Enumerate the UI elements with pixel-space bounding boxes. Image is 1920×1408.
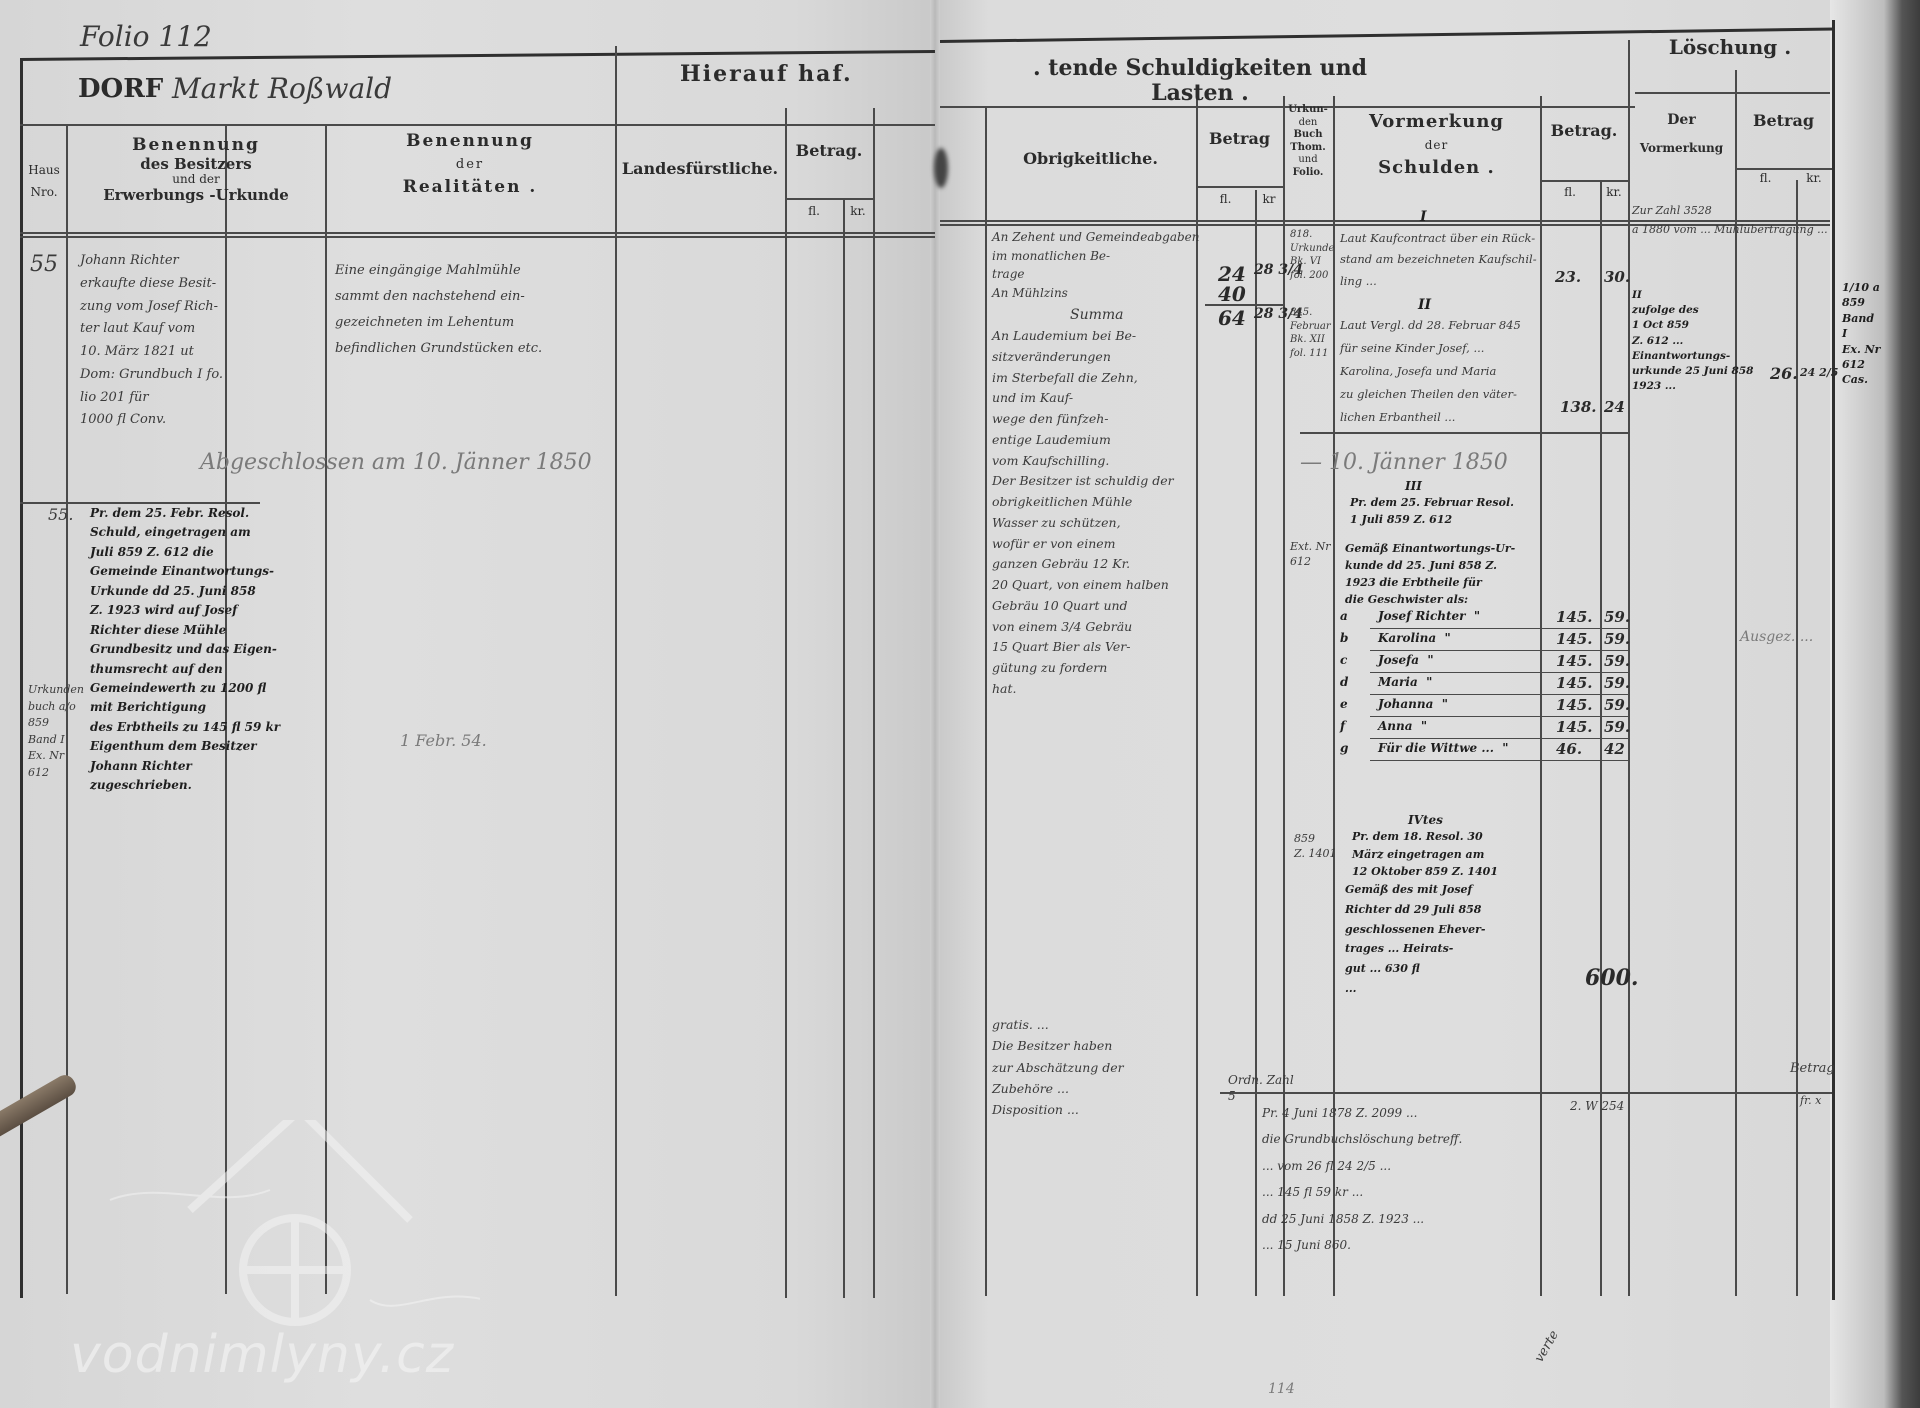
heir-amount-fl: 145. <box>1556 630 1593 648</box>
heir-amount-fl: 145. <box>1556 718 1593 736</box>
vormerkung-iv-amount: 600. <box>1585 965 1639 991</box>
col-betrag-left: Betrag. <box>785 142 873 160</box>
vormerkung-iv-num: IVtes <box>1408 812 1443 828</box>
heir-letter: e <box>1340 696 1348 712</box>
col-vormerkung: Vormerkung der Schulden . <box>1333 112 1540 179</box>
col-fl2: fl. <box>1540 186 1600 200</box>
vormerkung-iii-num: III <box>1405 478 1422 494</box>
col-landesfuerstliche: Landesfürstliche. <box>615 160 785 178</box>
heir-amount-kr: 59. <box>1604 718 1630 736</box>
loeschung-pencil: Ausgez. ... <box>1740 628 1813 647</box>
underline <box>1370 760 1630 761</box>
heir-name: Josefa " <box>1378 652 1434 668</box>
heir-name: Karolina " <box>1378 630 1451 646</box>
heir-letter: a <box>1340 608 1348 624</box>
obrigkeitliche-1: An Zehent und Gemeindeabgaben im monatli… <box>992 228 1200 302</box>
ink-blot <box>934 148 948 188</box>
entry2-margin-note: Urkunden buch a/o 859 Band I Ex. Nr 612 <box>28 682 84 781</box>
entry1-realitaet: Eine eingängige Mahlmühle sammt den nach… <box>335 258 542 362</box>
vormerkung-iv: Gemäß des mit Josef Richter dd 29 Juli 8… <box>1345 880 1485 999</box>
heir-amount-fl: 145. <box>1556 674 1593 692</box>
heir-name: Für die Wittwe ... " <box>1378 740 1509 756</box>
vormerkung-ii-num: II <box>1418 296 1431 315</box>
col-betrag3: Betrag <box>1735 112 1832 130</box>
col-kr3: kr. <box>1796 172 1832 186</box>
vormerkung-iv-header: Pr. dem 18. Resol. 30 März eingetragen a… <box>1352 828 1498 881</box>
title-left: Hierauf haf. <box>680 62 853 87</box>
entry1-closing-note: Abgeschlossen am 10. Jänner 1850 <box>200 448 592 478</box>
col-fl-left: fl. <box>785 205 843 219</box>
col-urkunden: Urkun- den Buch Thom. und Folio. <box>1283 104 1333 179</box>
loeschung-margin: 1/10 a 859 Band I Ex. Nr 612 Cas. <box>1842 280 1880 388</box>
title-right: . tende Schuldigkeiten und Lasten . <box>990 56 1410 107</box>
heir-name: Josef Richter " <box>1378 608 1480 624</box>
heir-name: Anna " <box>1378 718 1427 734</box>
obrigkeitliche-summa: Summa <box>1070 306 1124 325</box>
book-gutter <box>930 0 940 1408</box>
heir-letter: g <box>1340 740 1348 756</box>
heir-amount-kr: 59. <box>1604 696 1630 714</box>
heir-amount-kr: 59. <box>1604 652 1630 670</box>
loeschung-2: II zufolge des 1 Oct 859 Z. 612 ... Eina… <box>1632 288 1753 395</box>
betrag-row-3-fl: 64 <box>1218 306 1246 330</box>
heir-letter: f <box>1340 718 1345 734</box>
entry1-haus-nro: 55 <box>30 250 58 280</box>
entry2-pencil-note: 1 Febr. 54. <box>400 730 487 752</box>
heir-amount-fl: 46. <box>1556 740 1582 758</box>
underline <box>1370 716 1630 717</box>
col-kr2: kr. <box>1600 186 1628 200</box>
heir-letter: b <box>1340 630 1348 646</box>
vormerkung-i: Laut Kaufcontract über ein Rück- stand a… <box>1340 228 1537 292</box>
page-number: 114 <box>1268 1380 1295 1399</box>
heir-letter: d <box>1340 674 1348 690</box>
bottom-note-ref: 2. W 254 <box>1570 1098 1624 1114</box>
underline <box>1370 650 1630 651</box>
underline <box>1370 738 1630 739</box>
urkunden-1: 818. Urkunde Bk. VI fol. 200 <box>1290 228 1334 282</box>
col-betrag-right: Betrag <box>1196 130 1283 148</box>
urkunden-3: Ext. Nr 612 <box>1290 540 1331 570</box>
col-kr-right: kr <box>1255 193 1283 207</box>
heir-name: Maria " <box>1378 674 1432 690</box>
book-edge <box>1830 0 1920 1408</box>
vormerkung-ii-kr: 30. <box>1604 268 1630 286</box>
betrag-row-2-fl: 40 <box>1218 282 1246 306</box>
heir-amount-fl: 145. <box>1556 652 1593 670</box>
bottom-note: Pr. 4 Juni 1878 Z. 2099 ... die Grundbuc… <box>1262 1100 1462 1258</box>
col-obrigkeitliche: Obrigkeitliche. <box>985 150 1196 168</box>
heir-amount-kr: 59. <box>1604 608 1630 626</box>
loeschung-title: Löschung . <box>1628 36 1832 59</box>
underline <box>1370 694 1630 695</box>
vormerkung-ii-fl: 23. <box>1555 268 1581 286</box>
col-realitaeten: Benennung der Realitäten . <box>325 132 615 198</box>
entry2-besitzer: Pr. dem 25. Febr. Resol. Schuld, eingetr… <box>90 504 280 796</box>
heir-name: Johanna " <box>1378 696 1448 712</box>
vormerkung-ii-total-fl: 138. <box>1560 398 1597 416</box>
loeschung-1: Zur Zahl 3528 a 1880 vom ... Mühlübertra… <box>1632 202 1828 239</box>
col-haus-nro: HausNro. <box>22 164 66 200</box>
heir-letter: c <box>1340 652 1347 668</box>
vormerkung-ii: Laut Vergl. dd 28. Februar 845 für seine… <box>1340 314 1521 429</box>
loeschung-2-kr: 24 2/5 <box>1800 366 1838 379</box>
heir-amount-fl: 145. <box>1556 608 1593 626</box>
dorf-name: Markt Roßwald <box>172 70 392 108</box>
entry2-haus-nro: 55. <box>48 504 73 526</box>
heir-amount-kr: 59. <box>1604 674 1630 692</box>
loeschung-2-fl: 26. <box>1770 364 1798 383</box>
heir-amount-kr: 59. <box>1604 630 1630 648</box>
underline <box>1370 628 1630 629</box>
entry1-besitzer: Johann Richter erkaufte diese Besit- zun… <box>80 250 223 432</box>
col-fl-right: fl. <box>1196 193 1255 207</box>
col-fl3: fl. <box>1735 172 1796 186</box>
heir-amount-kr: 42 <box>1604 740 1625 758</box>
urkunden-2: 845. Februar Bk. XII fol. 111 <box>1290 306 1331 360</box>
folio-label: Folio 112 <box>80 18 212 56</box>
vormerkung-iii: Gemäß Einantwortungs-Ur- kunde dd 25. Ju… <box>1345 540 1515 608</box>
closing-note-right: — 10. Jänner 1850 <box>1300 448 1508 478</box>
vormerkung-i-num: I <box>1420 208 1427 227</box>
bottom-betrag-sub: fr. x <box>1800 1094 1821 1109</box>
underline <box>1370 672 1630 673</box>
obrigkeitliche-2: An Laudemium bei Be- sitzveränderungen i… <box>992 326 1174 700</box>
vormerkung-iii-header: Pr. dem 25. Februar Resol. 1 Juli 859 Z.… <box>1350 494 1514 528</box>
col-kr-left: kr. <box>843 205 873 219</box>
col-betrag2: Betrag. <box>1540 122 1628 140</box>
bottom-betrag-label: Betrag <box>1790 1060 1835 1078</box>
heir-amount-fl: 145. <box>1556 696 1593 714</box>
dorf-label: DORF <box>78 75 163 105</box>
col-besitzer: Benennung des Besitzers und der Erwerbun… <box>66 136 326 204</box>
urkunden-4: 859 Z. 1401 <box>1294 832 1336 862</box>
watermark-text: vodnimlyny.cz <box>70 1325 454 1385</box>
col-der-vormerkung: Der Vormerkung <box>1628 112 1735 156</box>
vormerkung-ii-total-kr: 24 <box>1604 398 1625 416</box>
obrigkeitliche-3: gratis. ... Die Besitzer haben zur Absch… <box>992 1014 1124 1120</box>
